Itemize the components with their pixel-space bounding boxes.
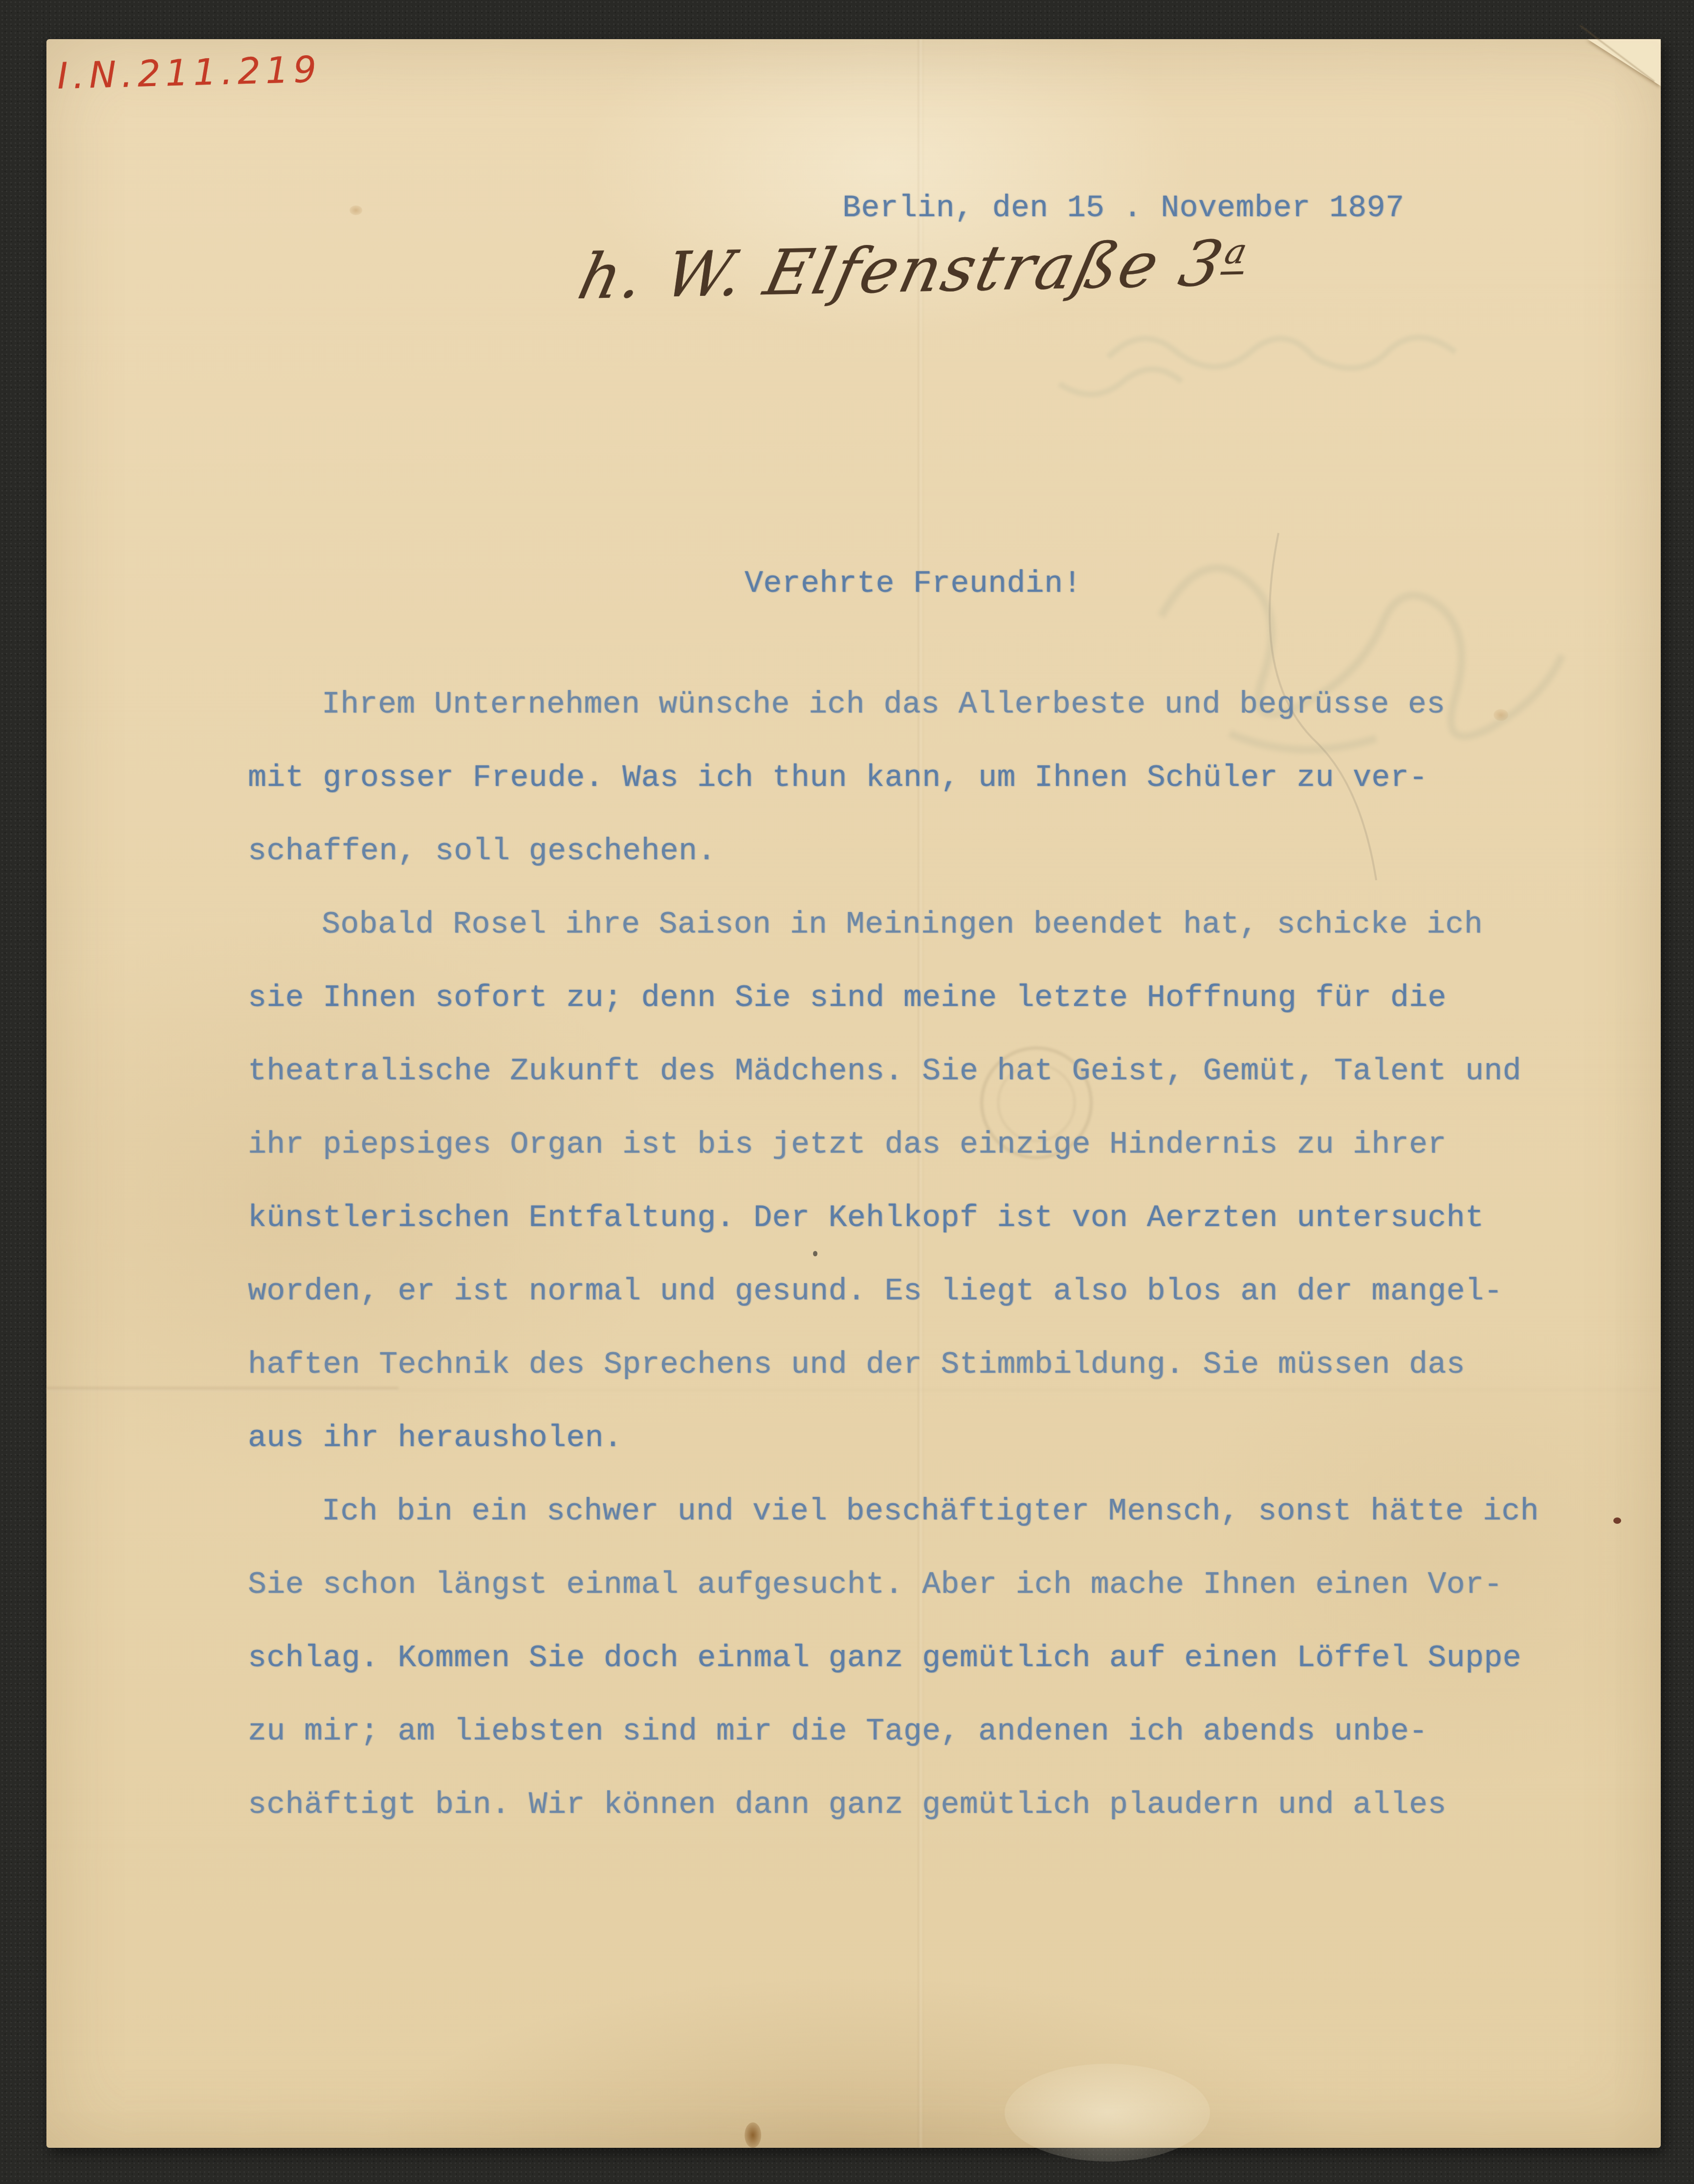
typed-line: künstlerischen Entfaltung. Der Kehlkopf … [248, 1181, 1622, 1255]
body-lines: Ihrem Unternehmen wünsche ich das Allerb… [248, 668, 1622, 1842]
typed-line: theatralische Zukunft des Mädchens. Sie … [248, 1035, 1622, 1108]
letter-page: I.N.211.219 Berlin, den 15 . November 18… [46, 39, 1661, 2148]
typed-line: Ich bin ein schwer und viel beschäftigte… [248, 1475, 1622, 1548]
scan-background: I.N.211.219 Berlin, den 15 . November 18… [0, 0, 1694, 2184]
typed-line: mit grosser Freude. Was ich thun kann, u… [248, 741, 1622, 815]
salutation: Verehrte Freundin! [745, 568, 1082, 599]
handwritten-address: h. W. Elfenstraße 3a [572, 227, 1254, 313]
typed-line: Sobald Rosel ihre Saison in Meiningen be… [248, 888, 1622, 961]
typed-line: aus ihr herausholen. [248, 1402, 1622, 1475]
typed-line: ihr piepsiges Organ ist bis jetzt das ei… [248, 1108, 1622, 1181]
typed-line: schäftigt bin. Wir können dann ganz gemü… [248, 1768, 1622, 1842]
handwritten-address-text: h. W. Elfenstraße 3 [572, 227, 1232, 313]
typed-line: schaffen, soll geschehen. [248, 815, 1622, 888]
typed-line: Ihrem Unternehmen wünsche ich das Allerb… [248, 668, 1622, 741]
typed-line: Sie schon längst einmal aufgesucht. Aber… [248, 1548, 1622, 1622]
typed-line: schlag. Kommen Sie doch einmal ganz gemü… [248, 1622, 1622, 1695]
typed-line: sie Ihnen sofort zu; denn Sie sind meine… [248, 961, 1622, 1035]
faded-patch [1005, 2064, 1210, 2162]
archive-number: I.N.211.219 [57, 48, 322, 97]
typed-line: zu mir; am liebsten sind mir die Tage, a… [248, 1695, 1622, 1768]
stain [745, 2122, 761, 2148]
typed-line: worden, er ist normal und gesund. Es lie… [248, 1255, 1622, 1328]
typed-line: haften Technik des Sprechens und der Sti… [248, 1328, 1622, 1402]
foxing-spot [350, 205, 362, 215]
dateline: Berlin, den 15 . November 1897 [842, 193, 1404, 223]
